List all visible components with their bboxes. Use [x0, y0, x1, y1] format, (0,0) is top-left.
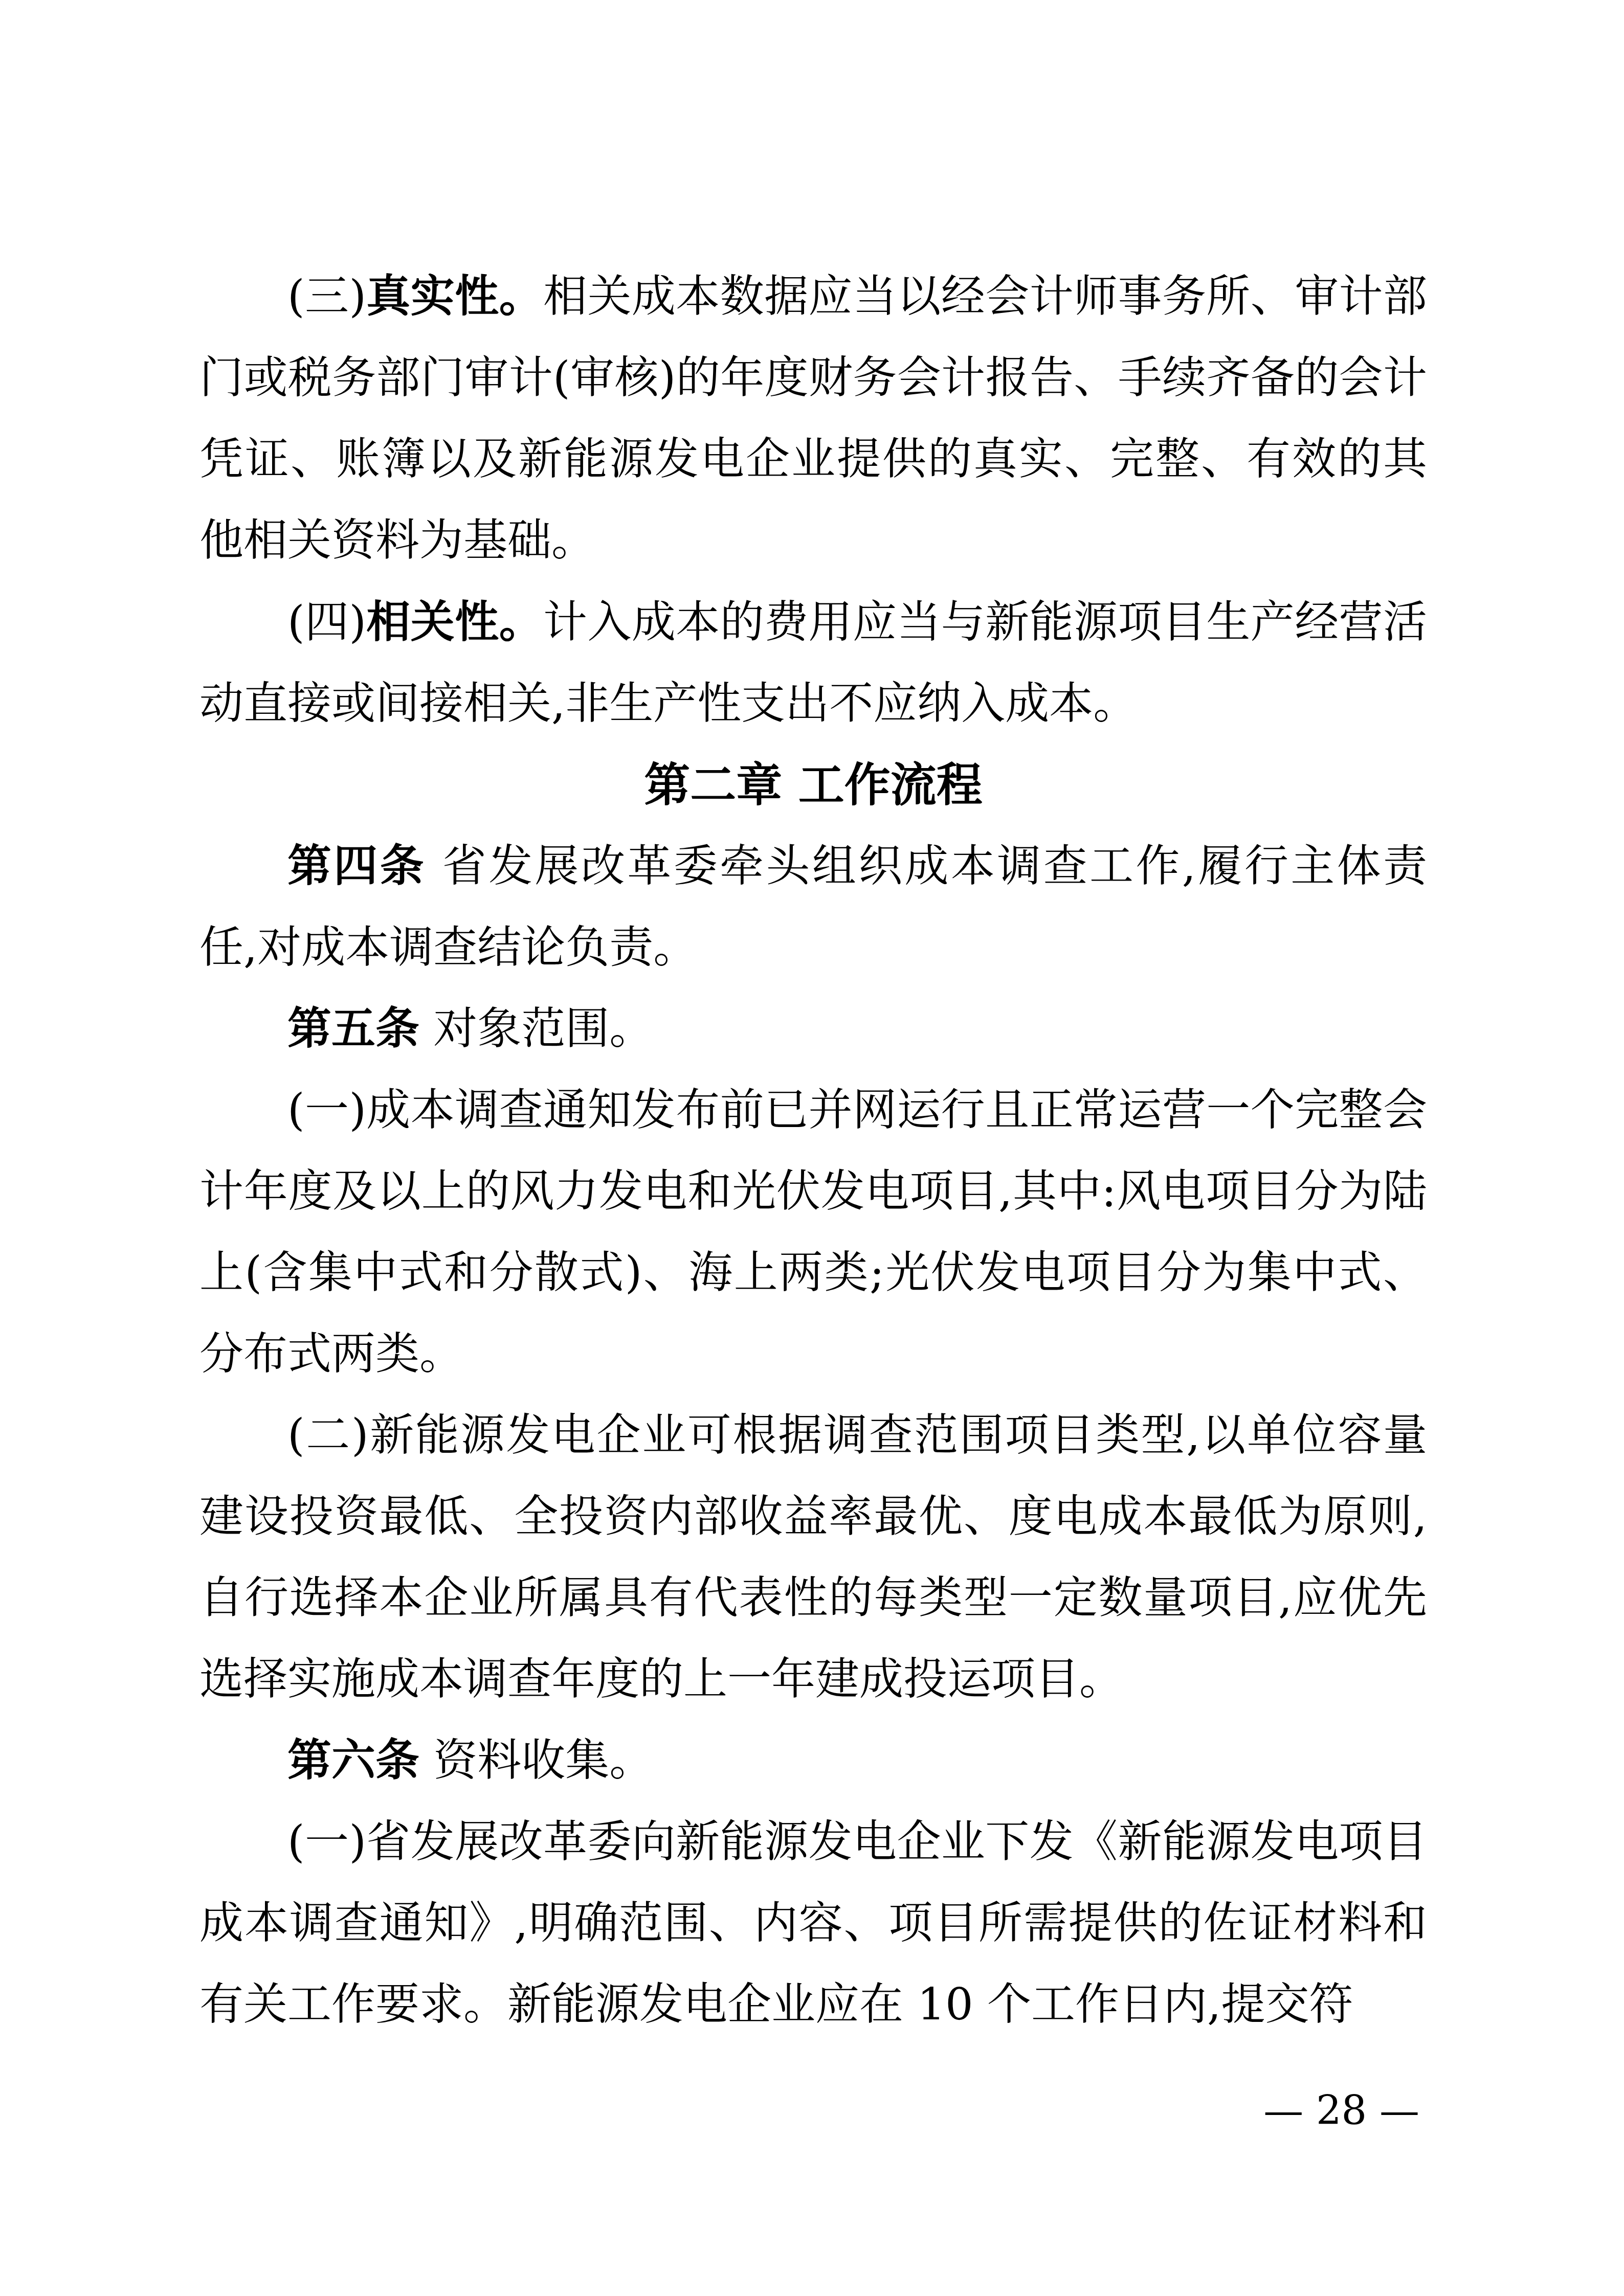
paragraph-item-4-relevance: (四)相关性。计入成本的费用应当与新能源项目生产经营活动直接或间接相关,非生产性…	[199, 581, 1427, 745]
page-number: — 28 —	[1263, 2085, 1419, 2136]
document-page: { "content": { "p_item3": { "prefix": "(…	[0, 0, 1624, 2296]
item-3-term: 真实性。	[366, 271, 543, 322]
paragraph-article-5: 第五条 对象范围。	[199, 988, 1427, 1070]
item-4-prefix: (四)	[287, 597, 366, 648]
article-5-term: 第五条	[287, 1003, 419, 1054]
paragraph-scope-item-2: (二)新能源发电企业可根据调查范围项目类型,以单位容量建设投资最低、全投资内部收…	[199, 1395, 1427, 1720]
article-5-text: 对象范围。	[419, 1003, 653, 1054]
paragraph-article-6: 第六条 资料收集。	[199, 1720, 1427, 1802]
paragraph-scope-item-1: (一)成本调查通知发布前已并网运行且正常运营一个完整会计年度及以上的风力发电和光…	[199, 1070, 1427, 1395]
paragraph-article-4: 第四条 省发展改革委牵头组织成本调查工作,履行主体责任,对成本调查结论负责。	[199, 826, 1427, 988]
article-4-term: 第四条	[287, 841, 426, 892]
paragraph-collect-item-1: (一)省发展改革委向新能源发电企业下发《新能源发电项目成本调查通知》,明确范围、…	[199, 1802, 1427, 2045]
item-4-term: 相关性。	[366, 596, 543, 648]
article-6-text: 资料收集。	[419, 1735, 653, 1786]
paragraph-item-3-authenticity: (三)真实性。相关成本数据应当以经会计师事务所、审计部门或税务部门审计(审核)的…	[199, 256, 1427, 581]
article-6-term: 第六条	[287, 1735, 419, 1786]
text-column: (三)真实性。相关成本数据应当以经会计师事务所、审计部门或税务部门审计(审核)的…	[199, 256, 1427, 2045]
chapter-2-heading: 第二章 工作流程	[199, 745, 1427, 826]
item-3-prefix: (三)	[287, 271, 366, 322]
